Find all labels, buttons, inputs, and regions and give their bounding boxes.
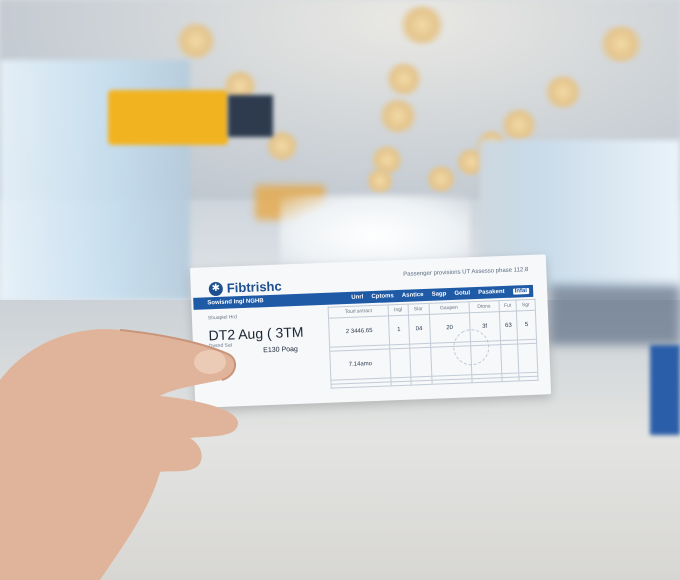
display-screen bbox=[228, 95, 273, 137]
band-col: Sagp bbox=[432, 291, 447, 298]
band-col: Gotul bbox=[454, 290, 470, 297]
luggage bbox=[650, 345, 680, 435]
grid-header: Sgr bbox=[516, 299, 535, 311]
grid-cell: 2 3446.65 bbox=[329, 316, 390, 347]
grid-cell: 1 bbox=[389, 315, 409, 345]
ticket-logo: ✱ Fibtrishc bbox=[209, 279, 282, 297]
grid-header: Ingl bbox=[388, 304, 408, 316]
hand bbox=[0, 320, 240, 580]
band-badge: Infal bbox=[513, 288, 530, 295]
band-col: Cptoms bbox=[371, 293, 394, 300]
band-col: Unrl bbox=[351, 294, 363, 300]
airline-brand: Fibtrishc bbox=[227, 279, 282, 296]
grid-cell: 5 bbox=[517, 310, 537, 340]
waiting-seats bbox=[550, 285, 680, 345]
ceiling-light bbox=[385, 62, 423, 96]
flight-ticket: ✱ Fibtrishc Passenger provisions UT Asse… bbox=[190, 254, 551, 408]
secondary-value: E130 Poag bbox=[263, 346, 298, 354]
ticket-grid: Tourl sntract Ingl Slar Gaupen Dtons Fut… bbox=[328, 299, 539, 389]
grid-cell: 63 bbox=[499, 311, 518, 340]
departure-sign bbox=[108, 90, 228, 145]
ceiling-light bbox=[598, 25, 644, 63]
grid-cell: 04 bbox=[408, 314, 430, 344]
grid-cell: 7.14amo bbox=[330, 349, 391, 380]
fine-print: Passenger provisions UT Assesso phase 11… bbox=[403, 267, 528, 278]
globe-icon: ✱ bbox=[209, 281, 224, 296]
airport-scene: ✱ Fibtrishc Passenger provisions UT Asse… bbox=[0, 0, 680, 580]
band-col: Asntice bbox=[402, 292, 424, 299]
ceiling-light bbox=[175, 22, 217, 60]
ceiling-light bbox=[425, 165, 457, 193]
band-col: Pasakent bbox=[478, 289, 505, 296]
grid-header: Slar bbox=[408, 303, 430, 315]
ceiling-light bbox=[398, 5, 446, 45]
ceiling-light bbox=[543, 75, 583, 109]
ceiling-light bbox=[378, 98, 418, 134]
grid-header: Fut bbox=[499, 300, 517, 312]
band-title: Sowisnd Ingl NGHB bbox=[193, 295, 347, 307]
ceiling-light bbox=[365, 168, 395, 194]
